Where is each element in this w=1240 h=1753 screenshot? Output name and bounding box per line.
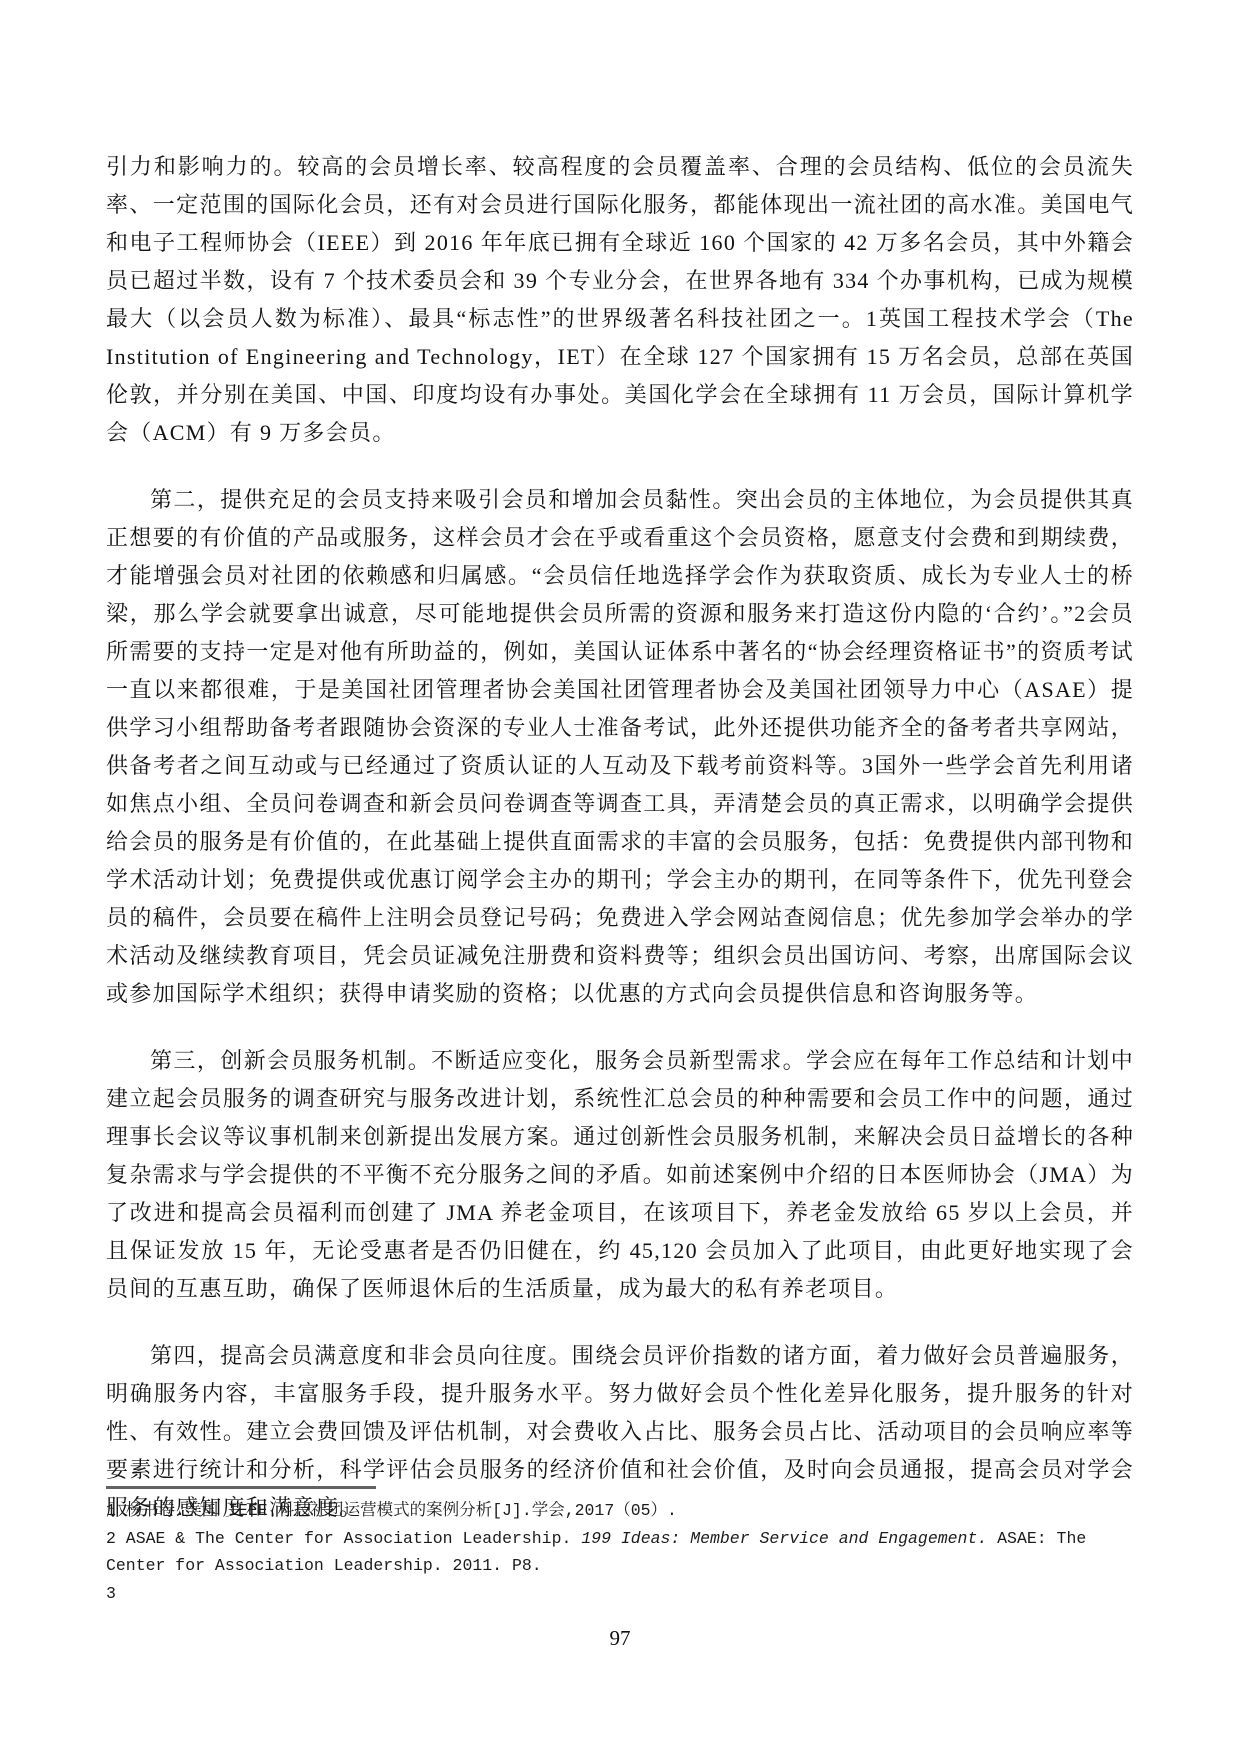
footnote-text: 2 ASAE & The Center for Association Lead… <box>106 1529 581 1548</box>
footnote: 3 <box>106 1580 1134 1608</box>
footnote: 1 杨书卷.美国 IEEE 科技社团运营模式的案例分析[J].学会,2017（0… <box>106 1497 1134 1525</box>
body-paragraph: 第三，创新会员服务机制。不断适应变化，服务会员新型需求。学会应在每年工作总结和计… <box>106 1042 1134 1308</box>
footnote-cited-title: 199 Ideas: Member Service and Engagement… <box>581 1529 987 1548</box>
body-paragraph: 第二，提供充足的会员支持来吸引会员和增加会员黏性。突出会员的主体地位，为会员提供… <box>106 481 1134 1013</box>
page-number: 97 <box>0 1624 1240 1652</box>
footnote: 2 ASAE & The Center for Association Lead… <box>106 1525 1134 1580</box>
footnotes-section: 1 杨书卷.美国 IEEE 科技社团运营模式的案例分析[J].学会,2017（0… <box>106 1497 1134 1607</box>
document-page: 引力和影响力的。较高的会员增长率、较高程度的会员覆盖率、合理的会员结构、低位的会… <box>0 0 1240 1753</box>
footnote-divider <box>106 1486 376 1489</box>
page-body-text: 引力和影响力的。较高的会员增长率、较高程度的会员覆盖率、合理的会员结构、低位的会… <box>106 148 1134 1527</box>
body-paragraph: 引力和影响力的。较高的会员增长率、较高程度的会员覆盖率、合理的会员结构、低位的会… <box>106 148 1134 452</box>
